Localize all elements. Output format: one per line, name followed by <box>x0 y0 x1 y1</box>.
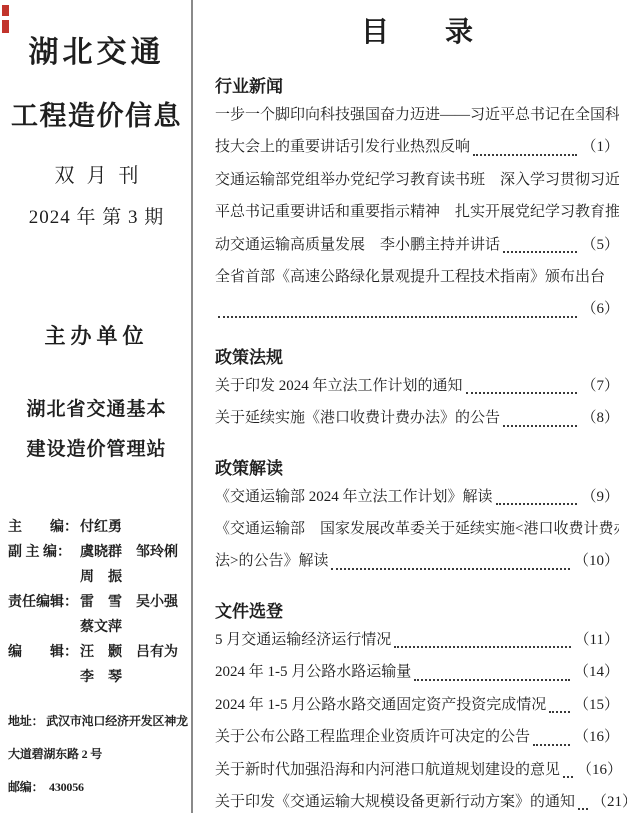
contact-block: 地址： 武汉市沌口经济开发区神龙 大道碧湖东路 2 号 邮编： 430056 <box>8 705 185 804</box>
toc-entry-text: 关于印发 2024 年立法工作计划的通知 <box>215 370 463 402</box>
toc-entry-text: 全省首部《高速公路绿化景观提升工程技术指南》颁布出台 <box>215 261 619 293</box>
toc-entry: 2024 年 1-5 月公路水路交通固定资产投资完成情况 （15） <box>215 689 619 721</box>
toc-section-heading: 行业新闻 <box>215 75 619 99</box>
toc-entry-text: 2024 年 1-5 月公路水路运输量 <box>215 656 411 688</box>
toc-entry: 交通运输部党组举办党纪学习教育读书班 深入学习贯彻习近 平总书记重要讲话和重要指… <box>215 164 619 261</box>
toc-section-heading: 文件选登 <box>215 600 619 624</box>
staff-name: 虞晓群 邹玲俐 <box>80 540 185 565</box>
toc-entry: 关于印发 2024 年立法工作计划的通知 （7） <box>215 370 619 402</box>
page-number: （1） <box>581 131 619 163</box>
page-number: （5） <box>581 229 619 261</box>
toc-entry-text: 关于印发《交通运输大规模设备更新行动方案》的通知 <box>215 786 575 813</box>
postcode-line: 邮编： 430056 <box>8 771 185 804</box>
toc-entry-text: 平总书记重要讲话和重要指示精神 扎实开展党纪学习教育推 <box>215 196 619 228</box>
dot-leader <box>496 503 578 505</box>
toc-entry-text: 2024 年 1-5 月公路水路交通固定资产投资完成情况 <box>215 689 546 721</box>
staff-name: 付红勇 <box>80 520 122 535</box>
toc-section-heading: 政策解读 <box>215 457 619 481</box>
staff-name: 李 琴 <box>80 665 185 690</box>
dot-leader <box>414 679 570 681</box>
toc-entry: 全省首部《高速公路绿化景观提升工程技术指南》颁布出台 （6） <box>215 261 619 326</box>
toc-entry-text: 动交通运输高质量发展 李小鹏主持并讲话 <box>215 229 500 261</box>
dot-leader <box>331 568 570 570</box>
staff-name: 汪 颢 吕有为 <box>80 640 185 665</box>
dot-leader <box>503 425 577 427</box>
page-number: （14） <box>574 656 619 688</box>
page-number: （7） <box>581 370 619 402</box>
toc-entry: 《交通运输部 国家发展改革委关于延续实施<港口收费计费办 法>的公告》解读 （1… <box>215 513 619 578</box>
address-line2: 大道碧湖东路 2 号 <box>8 738 185 771</box>
page-number: （10） <box>574 545 619 577</box>
masthead-panel: 湖北交通 工程造价信息 双月刊 2024 年 第 3 期 主办单位 湖北省交通基… <box>0 0 191 813</box>
toc-entry-text: 5 月交通运输经济运行情况 <box>215 624 391 656</box>
toc-entry-text: 交通运输部党组举办党纪学习教育读书班 深入学习贯彻习近 <box>215 164 619 196</box>
toc-entry: 关于公布公路工程监理企业资质许可决定的公告 （16） <box>215 721 619 753</box>
toc-entry: 关于新时代加强沿海和内河港口航道规划建设的意见 （16） <box>215 754 619 786</box>
staff-row-deputy-editor: 副 主 编： 虞晓群 邹玲俐 周 振 <box>8 540 185 590</box>
address-value-line1: 武汉市沌口经济开发区神龙 <box>46 714 188 728</box>
page-number: （16） <box>574 721 619 753</box>
page-number: （21） <box>592 786 627 813</box>
dot-leader <box>218 316 577 318</box>
toc-entry: 2024 年 1-5 月公路水路运输量 （14） <box>215 656 619 688</box>
staff-label: 责任编辑： <box>8 590 80 640</box>
page-number: （8） <box>581 402 619 434</box>
journal-title-line1: 湖北交通 <box>8 36 185 70</box>
page-number: （15） <box>574 689 619 721</box>
staff-name: 雷 雪 吴小强 <box>80 590 185 615</box>
toc-entry-text: 一步一个脚印向科技强国奋力迈进——习近平总书记在全国科 <box>215 99 619 131</box>
postcode-value: 430056 <box>49 780 84 794</box>
toc-entry-text: 关于公布公路工程监理企业资质许可决定的公告 <box>215 721 530 753</box>
toc-entry-text: 关于延续实施《港口收费计费办法》的公告 <box>215 402 500 434</box>
journal-issue: 2024 年 第 3 期 <box>8 206 185 230</box>
organizer-name-line2: 建设造价管理站 <box>8 438 185 462</box>
staff-row-editor: 编 辑： 汪 颢 吕有为 李 琴 <box>8 640 185 690</box>
page-number: （11） <box>575 624 619 656</box>
toc-entry: 一步一个脚印向科技强国奋力迈进——习近平总书记在全国科 技大会上的重要讲话引发行… <box>215 99 619 164</box>
table-of-contents: 目 录 行业新闻 一步一个脚印向科技强国奋力迈进——习近平总书记在全国科 技大会… <box>193 0 627 813</box>
toc-title: 目 录 <box>215 14 619 50</box>
organizer-name-line1: 湖北省交通基本 <box>8 398 185 422</box>
staff-row-chief-editor: 主 编： 付红勇 <box>8 515 185 540</box>
journal-title-line2: 工程造价信息 <box>8 100 185 132</box>
toc-entry: 《交通运输部 2024 年立法工作计划》解读 （9） <box>215 481 619 513</box>
dot-leader <box>578 808 588 810</box>
staff-row-managing-editor: 责任编辑： 雷 雪 吴小强 蔡文萍 <box>8 590 185 640</box>
page-number: （6） <box>581 293 619 325</box>
toc-entry: 关于延续实施《港口收费计费办法》的公告 （8） <box>215 402 619 434</box>
dot-leader <box>549 711 570 713</box>
toc-entry-text: 《交通运输部 国家发展改革委关于延续实施<港口收费计费办 <box>215 513 619 545</box>
toc-entry-text: 《交通运输部 2024 年立法工作计划》解读 <box>215 481 493 513</box>
page-number: （16） <box>577 754 622 786</box>
toc-entry: 5 月交通运输经济运行情况 （11） <box>215 624 619 656</box>
staff-label: 主 编： <box>8 515 80 540</box>
staff-name: 蔡文萍 <box>80 615 185 640</box>
dot-leader <box>394 646 570 648</box>
toc-entry-text: 关于新时代加强沿海和内河港口航道规划建设的意见 <box>215 754 560 786</box>
dot-leader <box>503 251 577 253</box>
staff-name: 周 振 <box>80 565 185 590</box>
dot-leader <box>533 744 570 746</box>
postcode-label: 邮编： <box>8 780 43 794</box>
toc-section-heading: 政策法规 <box>215 346 619 370</box>
dot-leader <box>563 776 573 778</box>
organizer-heading: 主办单位 <box>8 325 185 349</box>
toc-entry-text: 技大会上的重要讲话引发行业热烈反响 <box>215 131 470 163</box>
journal-frequency: 双月刊 <box>8 165 185 187</box>
toc-entry: 关于印发《交通运输大规模设备更新行动方案》的通知 （21） <box>215 786 619 813</box>
address-line1: 地址： 武汉市沌口经济开发区神龙 <box>8 705 185 738</box>
dot-leader <box>473 154 577 156</box>
dot-leader <box>466 392 578 394</box>
staff-block: 主 编： 付红勇 副 主 编： 虞晓群 邹玲俐 周 振 责任编辑： 雷 雪 吴小… <box>8 515 185 690</box>
address-label: 地址： <box>8 714 43 728</box>
staff-label: 编 辑： <box>8 640 80 690</box>
page-number: （9） <box>581 481 619 513</box>
toc-entry-text: 法>的公告》解读 <box>215 545 328 577</box>
staff-label: 副 主 编： <box>8 540 80 590</box>
